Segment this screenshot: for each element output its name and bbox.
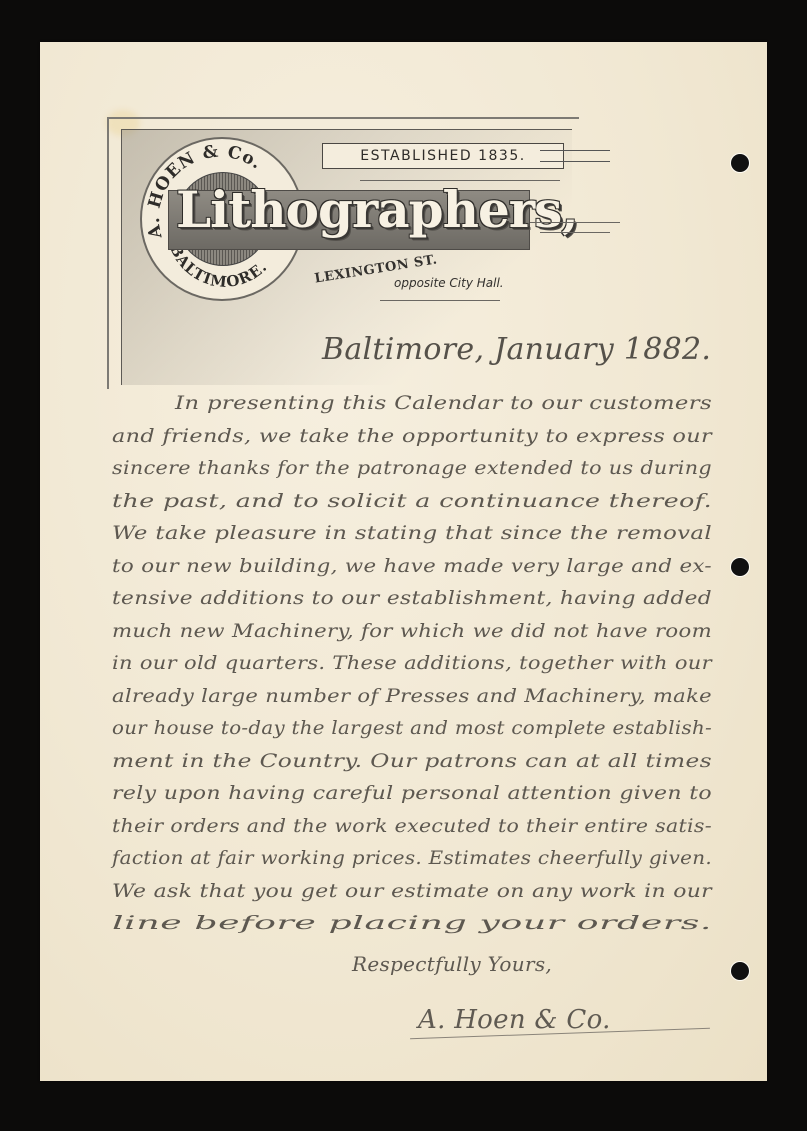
established-label: ESTABLISHED 1835. (322, 143, 564, 169)
trade-title: Lithographers, (176, 180, 578, 239)
flourish-line (530, 222, 620, 223)
binder-hole-bottom (731, 962, 749, 980)
dateline: Baltimore, January 1882. (322, 332, 711, 367)
letter-line: much new Machinery, for which we did not… (112, 620, 712, 642)
flourish-line (540, 232, 610, 233)
letter-line: We ask that you get our estimate on any … (112, 880, 712, 902)
letter-line: rely upon having careful personal attent… (112, 782, 712, 804)
binder-hole-middle (731, 558, 749, 576)
letter-line: In presenting this Calendar to our custo… (175, 392, 712, 414)
letter-line: our house to-day the largest and most co… (112, 717, 712, 739)
letter-line: We take pleasure in stating that since t… (112, 522, 712, 544)
letter-line: the past, and to solicit a continuance t… (112, 490, 712, 512)
letter-line: their orders and the work executed to th… (112, 815, 712, 837)
letter-line: tensive additions to our establishment, … (112, 587, 712, 609)
letter-line: sincere thanks for the patronage extende… (112, 457, 712, 479)
pen-nib-ornament (540, 150, 610, 162)
letter-line: already large number of Presses and Mach… (112, 685, 712, 707)
letter-line: and friends, we take the opportunity to … (112, 425, 712, 447)
letter-line: faction at fair working prices. Estimate… (112, 847, 712, 869)
binder-hole-top (731, 154, 749, 172)
closing: Respectfully Yours, (352, 952, 552, 976)
flourish-line (380, 300, 500, 301)
flourish-line (360, 180, 560, 181)
signature: A. Hoen & Co. (418, 1005, 611, 1035)
letter-line: ment in the Country. Our patrons can at … (112, 750, 712, 772)
location-note: opposite City Hall. (394, 276, 504, 290)
letter-line: in our old quarters. These additions, to… (112, 652, 712, 674)
letter-line: line before placing your orders. (112, 912, 712, 934)
letter-line: to our new building, we have made very l… (112, 555, 712, 577)
